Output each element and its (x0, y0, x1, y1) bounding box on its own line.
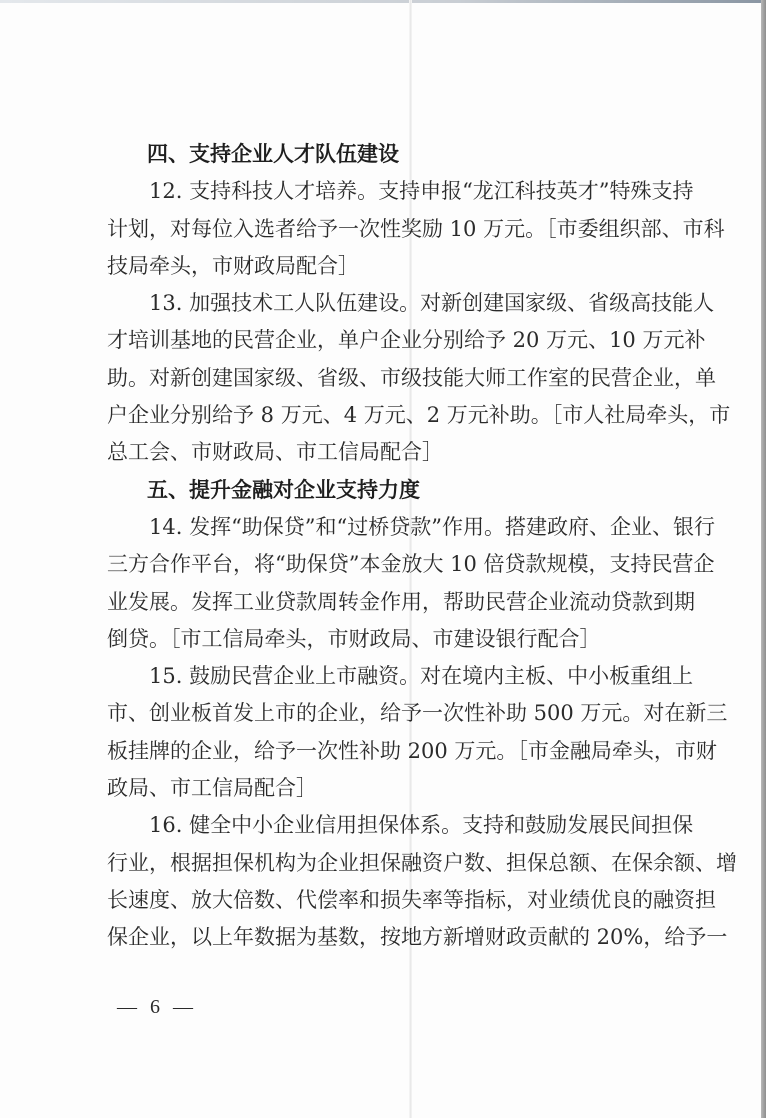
paragraph-line: 户企业分别给予 8 万元、4 万元、2 万元补助。［市人社局牵头，市 (107, 397, 681, 434)
paragraph-line: 行业，根据担保机构为企业担保融资户数、担保总额、在保余额、增 (107, 845, 681, 882)
paragraph-item-15: 15. 鼓励民营企业上市融资。对在境内主板、中小板重组上 市、创业板首发上市的企… (107, 658, 681, 807)
paragraph-item-14: 14. 发挥“助保贷”和“过桥贷款”作用。搭建政府、企业、银行 三方合作平台，将… (107, 509, 681, 658)
paragraph-item-16: 16. 健全中小企业信用担保体系。支持和鼓励发展民间担保 行业，根据担保机构为企… (107, 807, 681, 956)
paragraph-line: 才培训基地的民营企业，单户企业分别给予 20 万元、10 万元补 (107, 322, 681, 359)
paragraph-line: 计划，对每位入选者给予一次性奖励 10 万元。［市委组织部、市科 (107, 211, 681, 248)
paragraph-line: 技局牵头，市财政局配合］ (107, 248, 681, 285)
paragraph-line: 业发展。发挥工业贷款周转金作用，帮助民营企业流动贷款到期 (107, 584, 681, 621)
page-number: — 6 — (117, 996, 197, 1019)
document-body: 四、支持企业人才队伍建设 12. 支持科技人才培养。支持申报“龙江科技英才”特殊… (107, 136, 681, 957)
paragraph-line: 总工会、市财政局、市工信局配合］ (107, 434, 681, 471)
paragraph-line: 14. 发挥“助保贷”和“过桥贷款”作用。搭建政府、企业、银行 (107, 509, 681, 546)
paragraph-line: 13. 加强技术工人队伍建设。对新创建国家级、省级高技能人 (107, 285, 681, 322)
scanned-page: 四、支持企业人才队伍建设 12. 支持科技人才培养。支持申报“龙江科技英才”特殊… (0, 0, 766, 1118)
paragraph-line: 16. 健全中小企业信用担保体系。支持和鼓励发展民间担保 (107, 807, 681, 844)
paragraph-item-13: 13. 加强技术工人队伍建设。对新创建国家级、省级高技能人 才培训基地的民营企业… (107, 285, 681, 471)
paragraph-line: 政局、市工信局配合］ (107, 770, 681, 807)
section-heading-4: 四、支持企业人才队伍建设 (107, 136, 681, 173)
paragraph-line: 12. 支持科技人才培养。支持申报“龙江科技英才”特殊支持 (107, 173, 681, 210)
paragraph-line: 保企业，以上年数据为基数，按地方新增财政贡献的 20%，给予一 (107, 919, 681, 956)
paragraph-line: 长速度、放大倍数、代偿率和损失率等指标，对业绩优良的融资担 (107, 882, 681, 919)
section-heading-5: 五、提升金融对企业支持力度 (107, 472, 681, 509)
paragraph-line: 助。对新创建国家级、省级、市级技能大师工作室的民营企业，单 (107, 360, 681, 397)
page-right-edge (761, 0, 766, 1118)
paragraph-line: 市、创业板首发上市的企业，给予一次性补助 500 万元。对在新三 (107, 695, 681, 732)
paragraph-item-12: 12. 支持科技人才培养。支持申报“龙江科技英才”特殊支持 计划，对每位入选者给… (107, 173, 681, 285)
page-top-edge (0, 0, 762, 3)
paragraph-line: 三方合作平台，将“助保贷”本金放大 10 倍贷款规模，支持民营企 (107, 546, 681, 583)
paragraph-line: 板挂牌的企业，给予一次性补助 200 万元。［市金融局牵头，市财 (107, 733, 681, 770)
paragraph-line: 15. 鼓励民营企业上市融资。对在境内主板、中小板重组上 (107, 658, 681, 695)
paragraph-line: 倒贷。［市工信局牵头，市财政局、市建设银行配合］ (107, 621, 681, 658)
